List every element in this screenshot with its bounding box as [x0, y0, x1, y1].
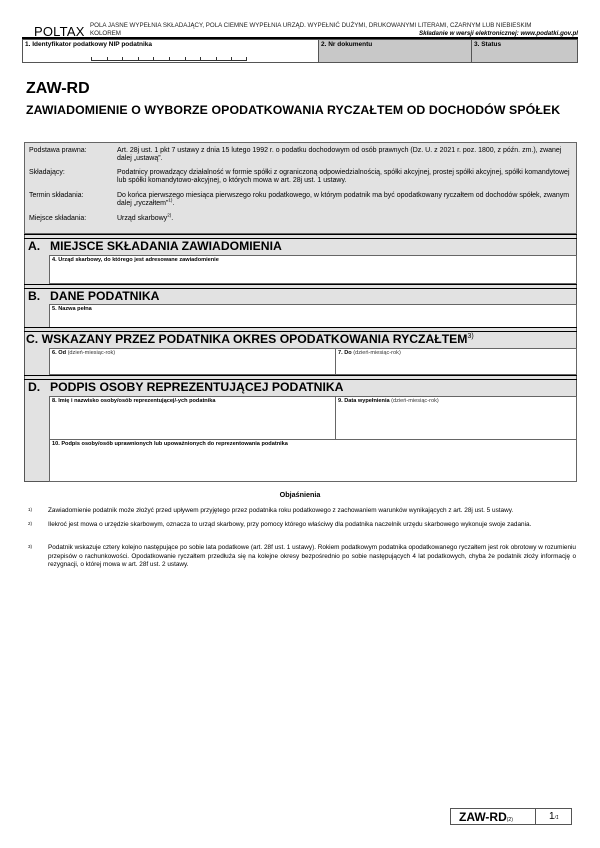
footer-page-number: 1/1 — [535, 808, 572, 825]
footer-form-code: ZAW-RD(2) — [450, 808, 536, 825]
electronic-filing-note: Składanie w wersji elektronicznej: www.p… — [419, 30, 578, 37]
section-c-heading: C. WSKAZANY PRZEZ PODATNIKA OKRES OPODAT… — [26, 332, 474, 346]
footnote-3: 3) Podatnik wskazuje cztery kolejno nast… — [28, 544, 576, 570]
nip-digit-ticks — [91, 57, 247, 61]
info-label: Podstawa prawna: — [29, 147, 114, 155]
info-label: Składający: — [29, 169, 114, 177]
info-value: Do końca pierwszego miesiąca pierwszego … — [117, 192, 572, 209]
document-number-field: 2. Nr dokumentu — [319, 39, 472, 63]
section-a: A.MIEJSCE SKŁADANIA ZAWIADOMIENIA 4. Urz… — [24, 234, 577, 284]
fill-date-label: 9. Data wypełnienia (dzień-miesiąc-rok) — [338, 398, 439, 404]
tax-office-field[interactable]: 4. Urząd skarbowy, do którego jest adres… — [49, 255, 577, 284]
status-label: 3. Status — [474, 41, 501, 48]
info-label: Termin składania: — [29, 192, 114, 200]
period-to-label: 7. Do (dzień-miesiąc-rok) — [338, 350, 401, 356]
form-code: ZAW-RD — [26, 80, 90, 98]
legal-info-block: Podstawa prawna: Art. 28j ust. 1 pkt 7 u… — [24, 142, 577, 234]
section-b-heading: B.DANE PODATNIKA — [28, 289, 159, 303]
fill-date-field[interactable]: 9. Data wypełnienia (dzień-miesiąc-rok) — [335, 396, 577, 440]
signature-label: 10. Podpis osoby/osób uprawnionych lub u… — [52, 441, 288, 447]
period-to-field[interactable]: 7. Do (dzień-miesiąc-rok) — [335, 348, 577, 375]
info-value: Art. 28j ust. 1 pkt 7 ustawy z dnia 15 l… — [117, 147, 572, 164]
nip-label: 1. Identyfikator podatkowy NIP podatnika — [25, 41, 152, 48]
section-b: B.DANE PODATNIKA 5. Nazwa pełna — [24, 284, 577, 328]
section-d-heading: D.PODPIS OSOBY REPREZENTUJĄCEJ PODATNIKA — [28, 380, 343, 394]
full-name-field[interactable]: 5. Nazwa pełna — [49, 304, 577, 328]
form-title: ZAWIADOMIENIE O WYBORZE OPODATKOWANIA RY… — [26, 103, 560, 117]
representative-name-label: 8. Imię i nazwisko osoby/osób reprezentu… — [52, 398, 216, 404]
representative-name-field[interactable]: 8. Imię i nazwisko osoby/osób reprezentu… — [49, 396, 336, 440]
info-label: Miejsce składania: — [29, 215, 114, 223]
signature-field[interactable]: 10. Podpis osoby/osób uprawnionych lub u… — [49, 439, 577, 482]
footnote-2: 2) Ilekroć jest mowa o urzędzie skarbowy… — [28, 521, 576, 530]
tax-office-label: 4. Urząd skarbowy, do którego jest adres… — [52, 257, 219, 263]
period-from-field[interactable]: 6. Od (dzień-miesiąc-rok) — [49, 348, 336, 375]
status-field: 3. Status — [472, 39, 578, 63]
footnote-1: 1) Zawiadomienie podatnik może złożyć pr… — [28, 507, 576, 516]
section-a-heading: A.MIEJSCE SKŁADANIA ZAWIADOMIENIA — [28, 239, 282, 253]
info-value: Podatnicy prowadzący działalność w formi… — [117, 169, 572, 186]
nip-field[interactable]: 1. Identyfikator podatkowy NIP podatnika — [22, 39, 319, 63]
document-number-label: 2. Nr dokumentu — [321, 41, 372, 48]
section-c: C. WSKAZANY PRZEZ PODATNIKA OKRES OPODAT… — [24, 327, 577, 375]
info-value: Urząd skarbowy2). — [117, 215, 572, 223]
section-d: D.PODPIS OSOBY REPREZENTUJĄCEJ PODATNIKA… — [24, 375, 577, 482]
full-name-label: 5. Nazwa pełna — [52, 306, 92, 312]
explanations-title: Objaśnienia — [0, 490, 600, 499]
period-from-label: 6. Od (dzień-miesiąc-rok) — [52, 350, 115, 356]
